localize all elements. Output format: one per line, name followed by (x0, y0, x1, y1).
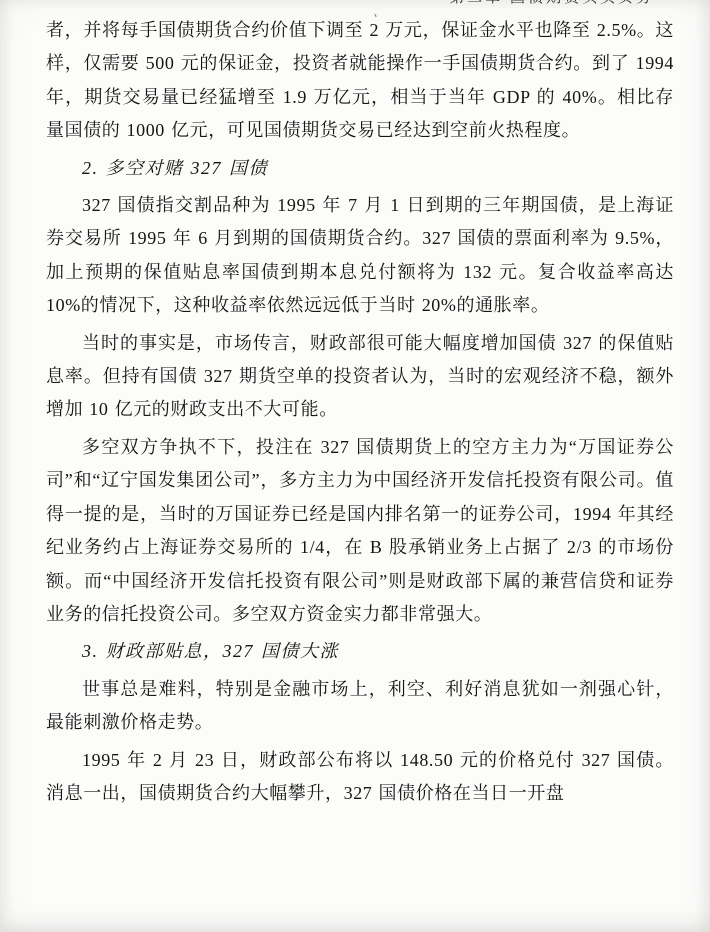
paragraph: 多空双方争执不下，投注在 327 国债期货上的空方主力为“万国证券公司”和“辽宁… (46, 431, 674, 631)
section-heading: 3. 财政部贴息，327 国债大涨 (46, 635, 674, 668)
paragraph: 当时的事实是，市场传言，财政部很可能大幅度增加国债 327 的保值贴息率。但持有… (46, 327, 674, 427)
running-header: 第二章 国债期货买卖实务 (0, 0, 654, 7)
book-page: 第二章 国债期货买卖实务 、 者，并将每手国债期货合约价值下调至 2 万元，保证… (0, 0, 710, 932)
paragraph: 世事总是难料，特别是金融市场上，利空、利好消息犹如一剂强心针，最能刺激价格走势。 (46, 673, 674, 740)
paragraph: 327 国债指交割品种为 1995 年 7 月 1 日到期的三年期国债，是上海证… (46, 189, 674, 323)
section-heading: 2. 多空对赌 327 国债 (46, 152, 674, 185)
paragraph: 1995 年 2 月 23 日，财政部公布将以 148.50 元的价格兑付 32… (46, 744, 674, 811)
paragraph: 者，并将每手国债期货合约价值下调至 2 万元，保证金水平也降至 2.5%。这样，… (46, 14, 674, 148)
page-content: 者，并将每手国债期货合约价值下调至 2 万元，保证金水平也降至 2.5%。这样，… (46, 14, 674, 810)
